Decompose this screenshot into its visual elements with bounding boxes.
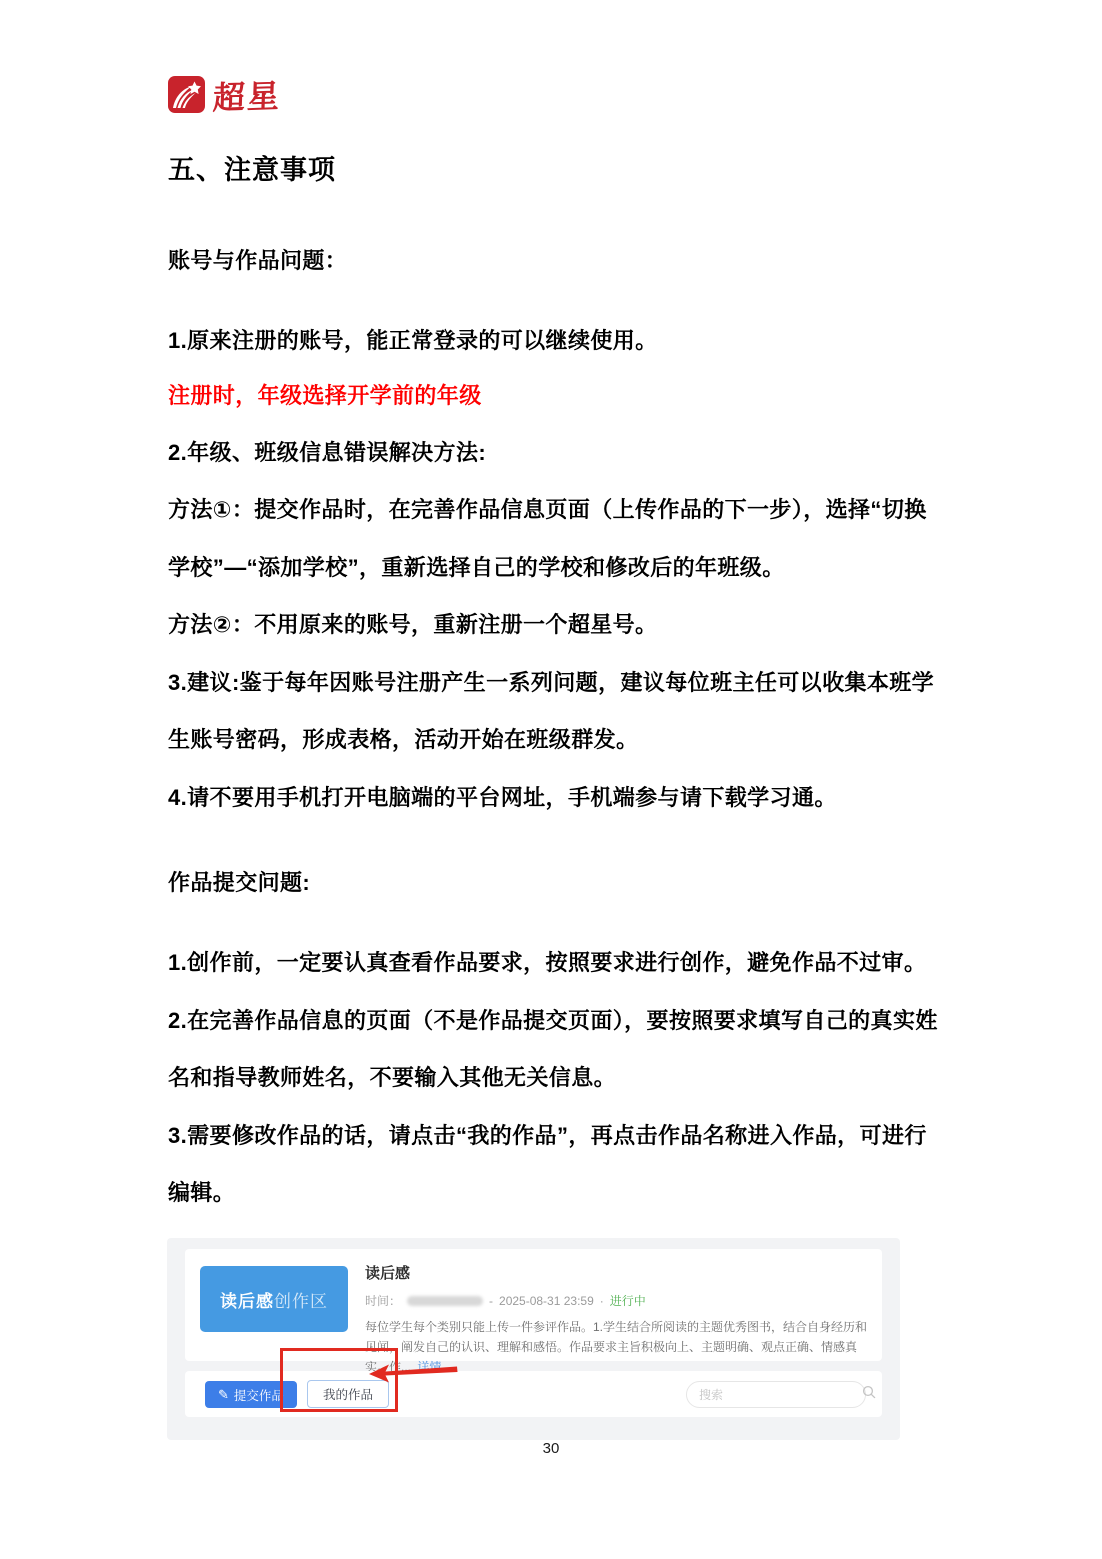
section-heading: 五、注意事项 (168, 148, 336, 187)
banner-title-bold: 读后感 (220, 1287, 274, 1312)
body-line: 编辑。 (168, 1176, 235, 1210)
activity-description: 每位学生每个类别只能上传一件参评作品。1.学生结合所阅读的主题优秀图书，结合自身… (365, 1317, 868, 1377)
embedded-screenshot: 读后感 创作区 读后感 时间： - 2025-08-31 23:59 · 进行中… (167, 1238, 900, 1440)
body-line: 2.在完善作品信息的页面（不是作品提交页面），要按照要求填写自己的真实姓 (168, 1004, 938, 1038)
body-line-warning: 注册时，年级选择开学前的年级 (168, 379, 482, 413)
submit-work-button[interactable]: ✎ 提交作品 (205, 1381, 297, 1408)
body-line: 方法②：不用原来的账号，重新注册一个超星号。 (168, 608, 657, 642)
banner-title-light: 创作区 (274, 1287, 328, 1312)
brand-name: 超星 (212, 80, 281, 114)
time-label: 时间： (365, 1292, 401, 1309)
redacted-block (407, 1296, 483, 1306)
body-line: 名和指导教师姓名，不要输入其他无关信息。 (168, 1061, 616, 1095)
body-line: 4.请不要用手机打开电脑端的平台网址，手机端参与请下载学习通。 (168, 781, 837, 815)
search-box[interactable] (686, 1381, 866, 1408)
activity-info: 读后感 时间： - 2025-08-31 23:59 · 进行中 每位学生每个类… (365, 1262, 868, 1377)
pencil-icon: ✎ (218, 1388, 229, 1401)
activity-time-row: 时间： - 2025-08-31 23:59 · 进行中 (365, 1292, 868, 1309)
submit-work-label: 提交作品 (234, 1386, 284, 1404)
body-line: 账号与作品问题： (168, 244, 347, 278)
my-works-button[interactable]: 我的作品 (307, 1380, 389, 1408)
dot-separator: · (600, 1294, 604, 1308)
body-line: 1.创作前，一定要认真查看作品要求，按照要求进行创作，避免作品不过审。 (168, 946, 926, 980)
toolbar-card: ✎ 提交作品 我的作品 (185, 1371, 882, 1417)
body-line: 1.原来注册的账号，能正常登录的可以继续使用。 (168, 324, 658, 358)
activity-card: 读后感 创作区 读后感 时间： - 2025-08-31 23:59 · 进行中… (185, 1249, 882, 1361)
body-line: 3.建议:鉴于每年因账号注册产生一系列问题，建议每位班主任可以收集本班学 (168, 666, 934, 700)
chaoxing-logo-icon (168, 76, 205, 118)
search-icon (862, 1385, 876, 1404)
body-line: 3.需要修改作品的话，请点击“我的作品”，再点击作品名称进入作品，可进行 (168, 1119, 927, 1153)
body-line: 学校”—“添加学校”，重新选择自己的学校和修改后的年班级。 (168, 551, 785, 585)
status-badge: 进行中 (610, 1292, 646, 1309)
activity-title: 读后感 (365, 1262, 868, 1283)
page-number: 30 (0, 1440, 1102, 1457)
body-line: 作品提交问题: (168, 866, 310, 900)
brand-header: 超星 (168, 76, 281, 118)
document-page: 超星 五、注意事项 账号与作品问题： 1.原来注册的账号，能正常登录的可以继续使… (0, 0, 1102, 1559)
body-line: 方法①：提交作品时，在完善作品信息页面（上传作品的下一步），选择“切换 (168, 493, 927, 527)
deadline: 2025-08-31 23:59 (499, 1294, 594, 1308)
search-input[interactable] (697, 1387, 856, 1403)
body-line: 生账号密码，形成表格，活动开始在班级群发。 (168, 723, 638, 757)
time-separator: - (489, 1294, 493, 1308)
body-line: 2.年级、班级信息错误解决方法: (168, 436, 486, 470)
activity-banner-image: 读后感 创作区 (200, 1266, 348, 1332)
